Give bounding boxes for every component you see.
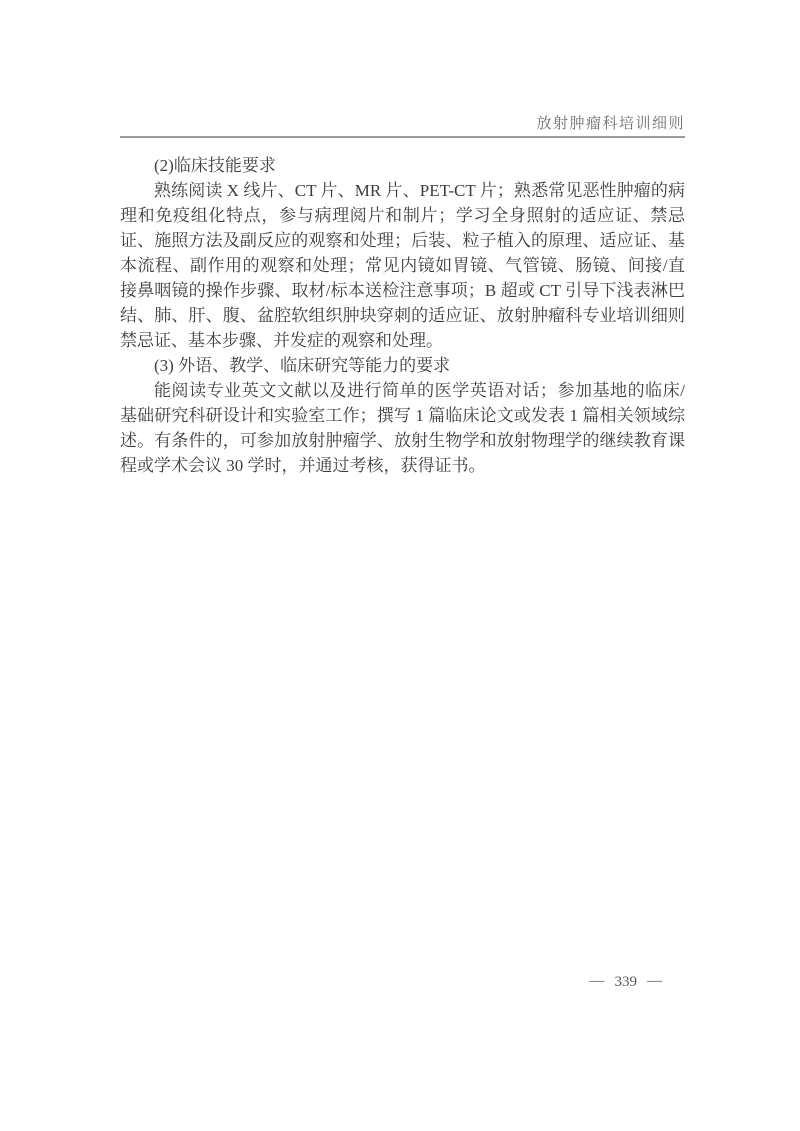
document-page: 放射肿瘤科培训细则 (2)临床技能要求 熟练阅读 X 线片、CT 片、MR 片、… bbox=[0, 0, 800, 1131]
section-heading: (3) 外语、教学、临床研究等能力的要求 bbox=[120, 353, 685, 378]
page-number-right-dash: — bbox=[647, 973, 662, 990]
page-number-value: 339 bbox=[615, 974, 638, 990]
page-number: —339— bbox=[580, 974, 673, 991]
running-header-title: 放射肿瘤科培训细则 bbox=[120, 112, 685, 133]
page-number-left-dash: — bbox=[590, 973, 605, 990]
section-heading: (2)临床技能要求 bbox=[120, 153, 685, 178]
body-text: (2)临床技能要求 熟练阅读 X 线片、CT 片、MR 片、PET-CT 片；熟… bbox=[120, 153, 685, 478]
paragraph: 熟练阅读 X 线片、CT 片、MR 片、PET-CT 片；熟悉常见恶性肿瘤的病理… bbox=[120, 178, 685, 353]
header-rule bbox=[120, 136, 685, 138]
paragraph: 能阅读专业英文文献以及进行简单的医学英语对话；参加基地的临床/基础研究科研设计和… bbox=[120, 378, 685, 478]
